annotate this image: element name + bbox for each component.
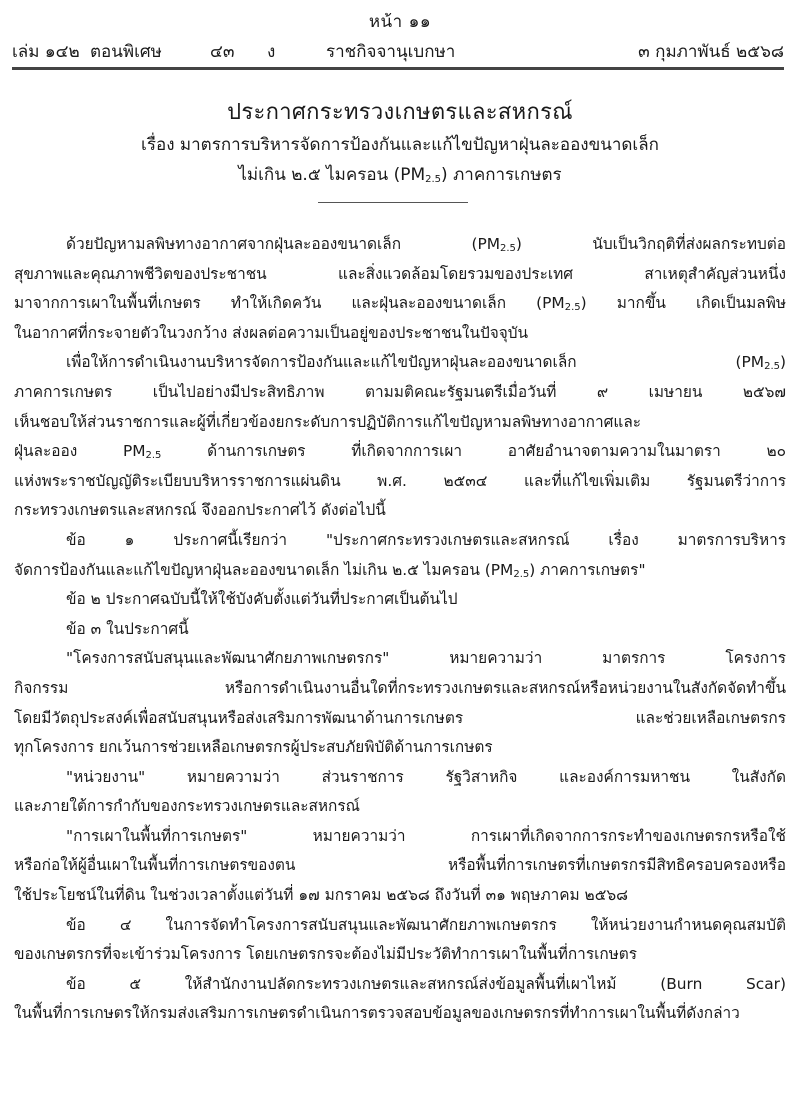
body-line: ใช้ประโยชน์ในที่ดิน ในช่วงเวลาตั้งแต่วัน… [14, 881, 786, 911]
volume-label: เล่ม ๑๔๒ [12, 38, 80, 65]
body-line: กิจกรรม หรือการดำเนินงานอื่นใดที่กระทรวง… [14, 674, 786, 704]
body-line: แห่งพระราชบัญญัติระเบียบบริหารราชการแผ่น… [14, 467, 786, 497]
document-title: ประกาศกระทรวงเกษตรและสหกรณ์ [0, 94, 800, 129]
body-line: จัดการป้องกันและแก้ไขปัญหาฝุ่นละอองขนาดเ… [14, 556, 786, 586]
body-line: ในอากาศที่กระจายตัวในวงกว้าง ส่งผลต่อควา… [14, 319, 786, 349]
body-line: ทุกโครงการ ยกเว้นการช่วยเหลือเกษตรกรผู้ป… [14, 733, 786, 763]
body-line: เพื่อให้การดำเนินงานบริหารจัดการป้องกันแ… [14, 348, 786, 378]
page-number: หน้า ๑๑ [0, 8, 800, 35]
body-line: โดยมีวัตถุประสงค์เพื่อสนับสนุนหรือส่งเสร… [14, 704, 786, 734]
body-line: "หน่วยงาน" หมายความว่า ส่วนราชการ รัฐวิส… [14, 763, 786, 793]
body-line: ข้อ ๑ ประกาศนี้เรียกว่า "ประกาศกระทรวงเก… [14, 526, 786, 556]
subject-line-2-suffix: ) ภาคการเกษตร [441, 165, 562, 185]
body-line: ฝุ่นละออง PM2.5 ด้านการเกษตร ที่เกิดจากก… [14, 437, 786, 467]
body-line: สุขภาพและคุณภาพชีวิตของประชาชน และสิ่งแว… [14, 260, 786, 290]
subject-line-2: ไม่เกิน ๒.๕ ไมครอน (PM2.5) ภาคการเกษตร [0, 161, 800, 188]
document-body: ด้วยปัญหามลพิษทางอากาศจากฝุ่นละอองขนาดเล… [14, 230, 786, 1029]
header-divider [12, 67, 784, 70]
body-line: ในพื้นที่การเกษตรให้กรมส่งเสริมการเกษตรด… [14, 999, 786, 1029]
gazette-page: หน้า ๑๑ เล่ม ๑๔๒ ตอนพิเศษ ๔๓ ง ราชกิจจาน… [0, 0, 800, 1098]
body-line: และภายใต้การกำกับของกระทรวงเกษตรและสหกรณ… [14, 792, 786, 822]
gazette-name: ราชกิจจานุเบกษา [326, 38, 455, 65]
body-line: ข้อ ๓ ในประกาศนี้ [14, 615, 786, 645]
body-line: ข้อ ๔ ในการจัดทำโครงการสนับสนุนและพัฒนาศ… [14, 911, 786, 941]
subject-line-1: เรื่อง มาตรการบริหารจัดการป้องกันและแก้ไ… [0, 131, 800, 158]
body-line: ด้วยปัญหามลพิษทางอากาศจากฝุ่นละอองขนาดเล… [14, 230, 786, 260]
body-line: ข้อ ๒ ประกาศฉบับนี้ให้ใช้บังคับตั้งแต่วั… [14, 585, 786, 615]
body-line: "โครงการสนับสนุนและพัฒนาศักยภาพเกษตรกร" … [14, 644, 786, 674]
publication-date: ๓ กุมภาพันธ์ ๒๕๖๘ [638, 38, 784, 65]
body-line: "การเผาในพื้นที่การเกษตร" หมายความว่า กา… [14, 822, 786, 852]
body-line: หรือก่อให้ผู้อื่นเผาในพื้นที่การเกษตรของ… [14, 851, 786, 881]
body-line: ภาคการเกษตร เป็นไปอย่างมีประสิทธิภาพ ตาม… [14, 378, 786, 408]
title-divider [318, 202, 468, 203]
issue-number: ๔๓ [210, 38, 235, 65]
body-line: ของเกษตรกรที่จะเข้าร่วมโครงการ โดยเกษตรก… [14, 940, 786, 970]
issue-label: ตอนพิเศษ [90, 38, 162, 65]
subject-line-2-subscript: 2.5 [425, 174, 441, 185]
section-label: ง [267, 38, 275, 65]
body-line: มาจากการเผาในพื้นที่เกษตร ทำให้เกิดควัน … [14, 289, 786, 319]
body-line: ข้อ ๕ ให้สำนักงานปลัดกระทรวงเกษตรและสหกร… [14, 970, 786, 1000]
gazette-header: เล่ม ๑๔๒ ตอนพิเศษ ๔๓ ง ราชกิจจานุเบกษา ๓… [12, 38, 796, 62]
subject-line-2-prefix: ไม่เกิน ๒.๕ ไมครอน (PM [238, 165, 425, 185]
body-line: กระทรวงเกษตรและสหกรณ์ จึงออกประกาศไว้ ดั… [14, 496, 786, 526]
body-line: เห็นชอบให้ส่วนราชการและผู้ที่เกี่ยวข้องย… [14, 408, 786, 438]
